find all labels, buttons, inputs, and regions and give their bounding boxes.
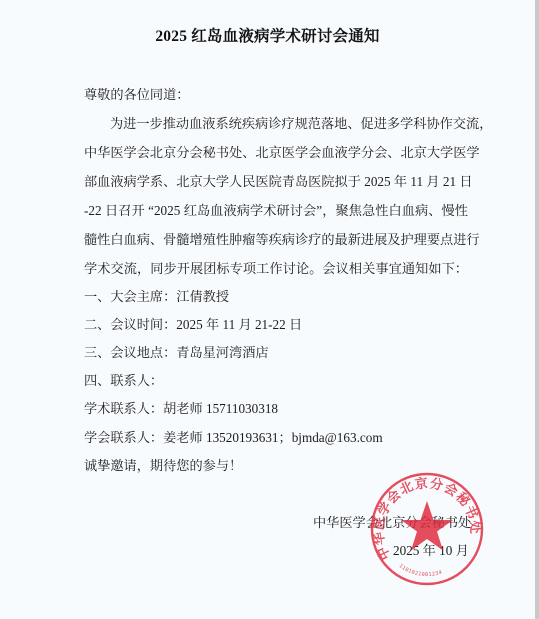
contact-society: 学会联系人：姜老师 13520193631；bjmda@163.com [84, 429, 383, 447]
intro-line-2: 中华医学会北京分会秘书处、北京医学会血液学分会、北京大学医学 [84, 144, 468, 162]
salutation: 尊敬的各位同道： [84, 86, 190, 104]
document-title: 2025 红岛血液病学术研讨会通知 [0, 24, 535, 46]
closing-line: 诚挚邀请，期待您的参与！ [84, 457, 242, 475]
intro-line-1: 为进一步推动血液系统疾病诊疗规范落地、促进多学科协作交流， [110, 115, 468, 133]
svg-text:1101021001234: 1101021001234 [398, 563, 443, 578]
item-contacts-heading: 四、联系人： [84, 372, 163, 390]
contact-academic: 学术联系人：胡老师 15711030318 [84, 400, 278, 418]
item-chair: 一、大会主席：江倩教授 [84, 288, 229, 306]
item-venue: 三、会议地点：青岛星河湾酒店 [84, 344, 269, 362]
intro-line-6: 学术交流，同步开展团标专项工作讨论。会议相关事宜通知如下： [84, 260, 468, 278]
page-edge-scrollbar [535, 0, 539, 619]
intro-line-5: 髓性白血病、骨髓增殖性肿瘤等疾病诊疗的最新进展及护理要点进行 [84, 231, 468, 249]
star-icon [401, 501, 453, 551]
intro-line-3: 部血液病学系、北京大学人民医院青岛医院拟于 2025 年 11 月 21 日 [84, 173, 468, 191]
official-seal-stamp: 中华医学会北京分会秘书处 1101021001234 [369, 471, 485, 587]
stamp-serial: 1101021001234 [398, 563, 443, 578]
item-time: 二、会议时间：2025 年 11 月 21-22 日 [84, 316, 302, 334]
document-page: 2025 红岛血液病学术研讨会通知 尊敬的各位同道： 为进一步推动血液系统疾病诊… [0, 0, 535, 619]
intro-line-4: -22 日召开 “2025 红岛血液病学术研讨会”，聚焦急性白血病、慢性 [84, 202, 468, 220]
